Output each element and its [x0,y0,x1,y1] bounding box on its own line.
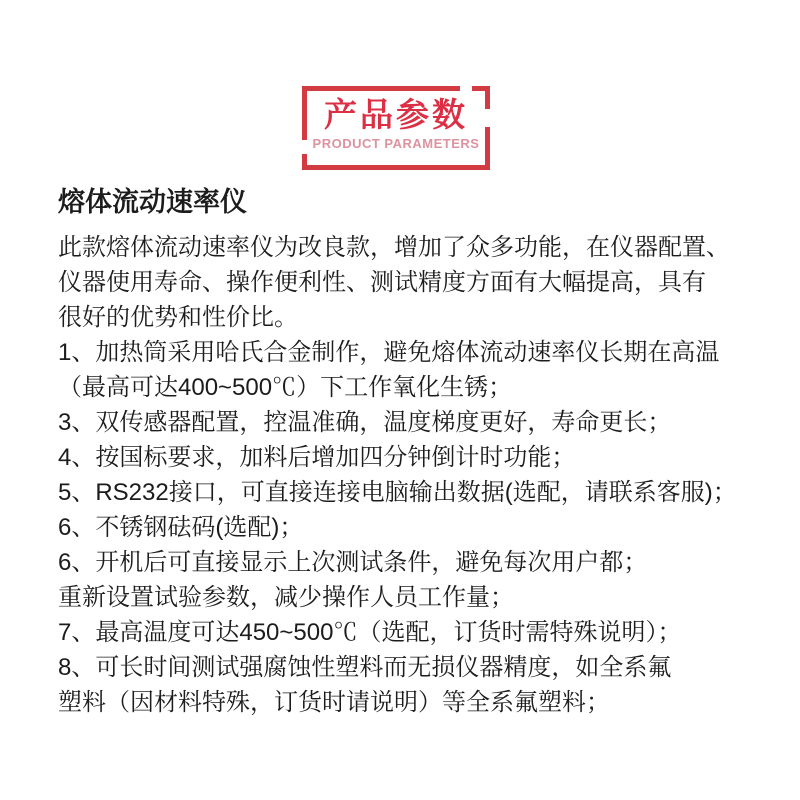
text-line: 很好的优势和性价比。 [58,300,750,335]
text-line: 3、双传感器配置，控温准确，温度梯度更好，寿命更长； [58,405,750,440]
text-line: 此款熔体流动速率仪为改良款，增加了众多功能，在仪器配置、 [58,230,750,265]
section-badge: 产品参数 PRODUCT PARAMETERS [302,86,490,170]
text-line: 重新设置试验参数，减少操作人员工作量； [58,580,750,615]
text-line: 仪器使用寿命、操作便利性、测试精度方面有大幅提高，具有 [58,265,750,300]
badge-title: 产品参数 [302,97,490,133]
feature-list: 此款熔体流动速率仪为改良款，增加了众多功能，在仪器配置、仪器使用寿命、操作便利性… [58,230,750,720]
text-line: 5、RS232接口，可直接连接电脑输出数据(选配，请联系客服)； [58,475,750,510]
badge-subtitle: PRODUCT PARAMETERS [302,136,490,151]
product-title: 熔体流动速率仪 [58,186,750,218]
product-parameters-page: 产品参数 PRODUCT PARAMETERS 熔体流动速率仪 此款熔体流动速率… [0,0,800,800]
text-line: 塑料（因材料特殊，订货时请说明）等全系氟塑料； [58,685,750,720]
text-line: 8、可长时间测试强腐蚀性塑料而无损仪器精度，如全系氟 [58,650,750,685]
text-line: 6、不锈钢砝码(选配)； [58,510,750,545]
text-line: 6、开机后可直接显示上次测试条件，避免每次用户都； [58,545,750,580]
product-description: 熔体流动速率仪 此款熔体流动速率仪为改良款，增加了众多功能，在仪器配置、仪器使用… [58,186,750,720]
text-line: 4、按国标要求，加料后增加四分钟倒计时功能； [58,440,750,475]
text-line: 7、最高温度可达450~500℃（选配，订货时需特殊说明）； [58,615,750,650]
text-line: （最高可达400~500℃）下工作氧化生锈； [58,370,750,405]
text-line: 1、加热筒采用哈氏合金制作，避免熔体流动速率仪长期在高温 [58,335,750,370]
